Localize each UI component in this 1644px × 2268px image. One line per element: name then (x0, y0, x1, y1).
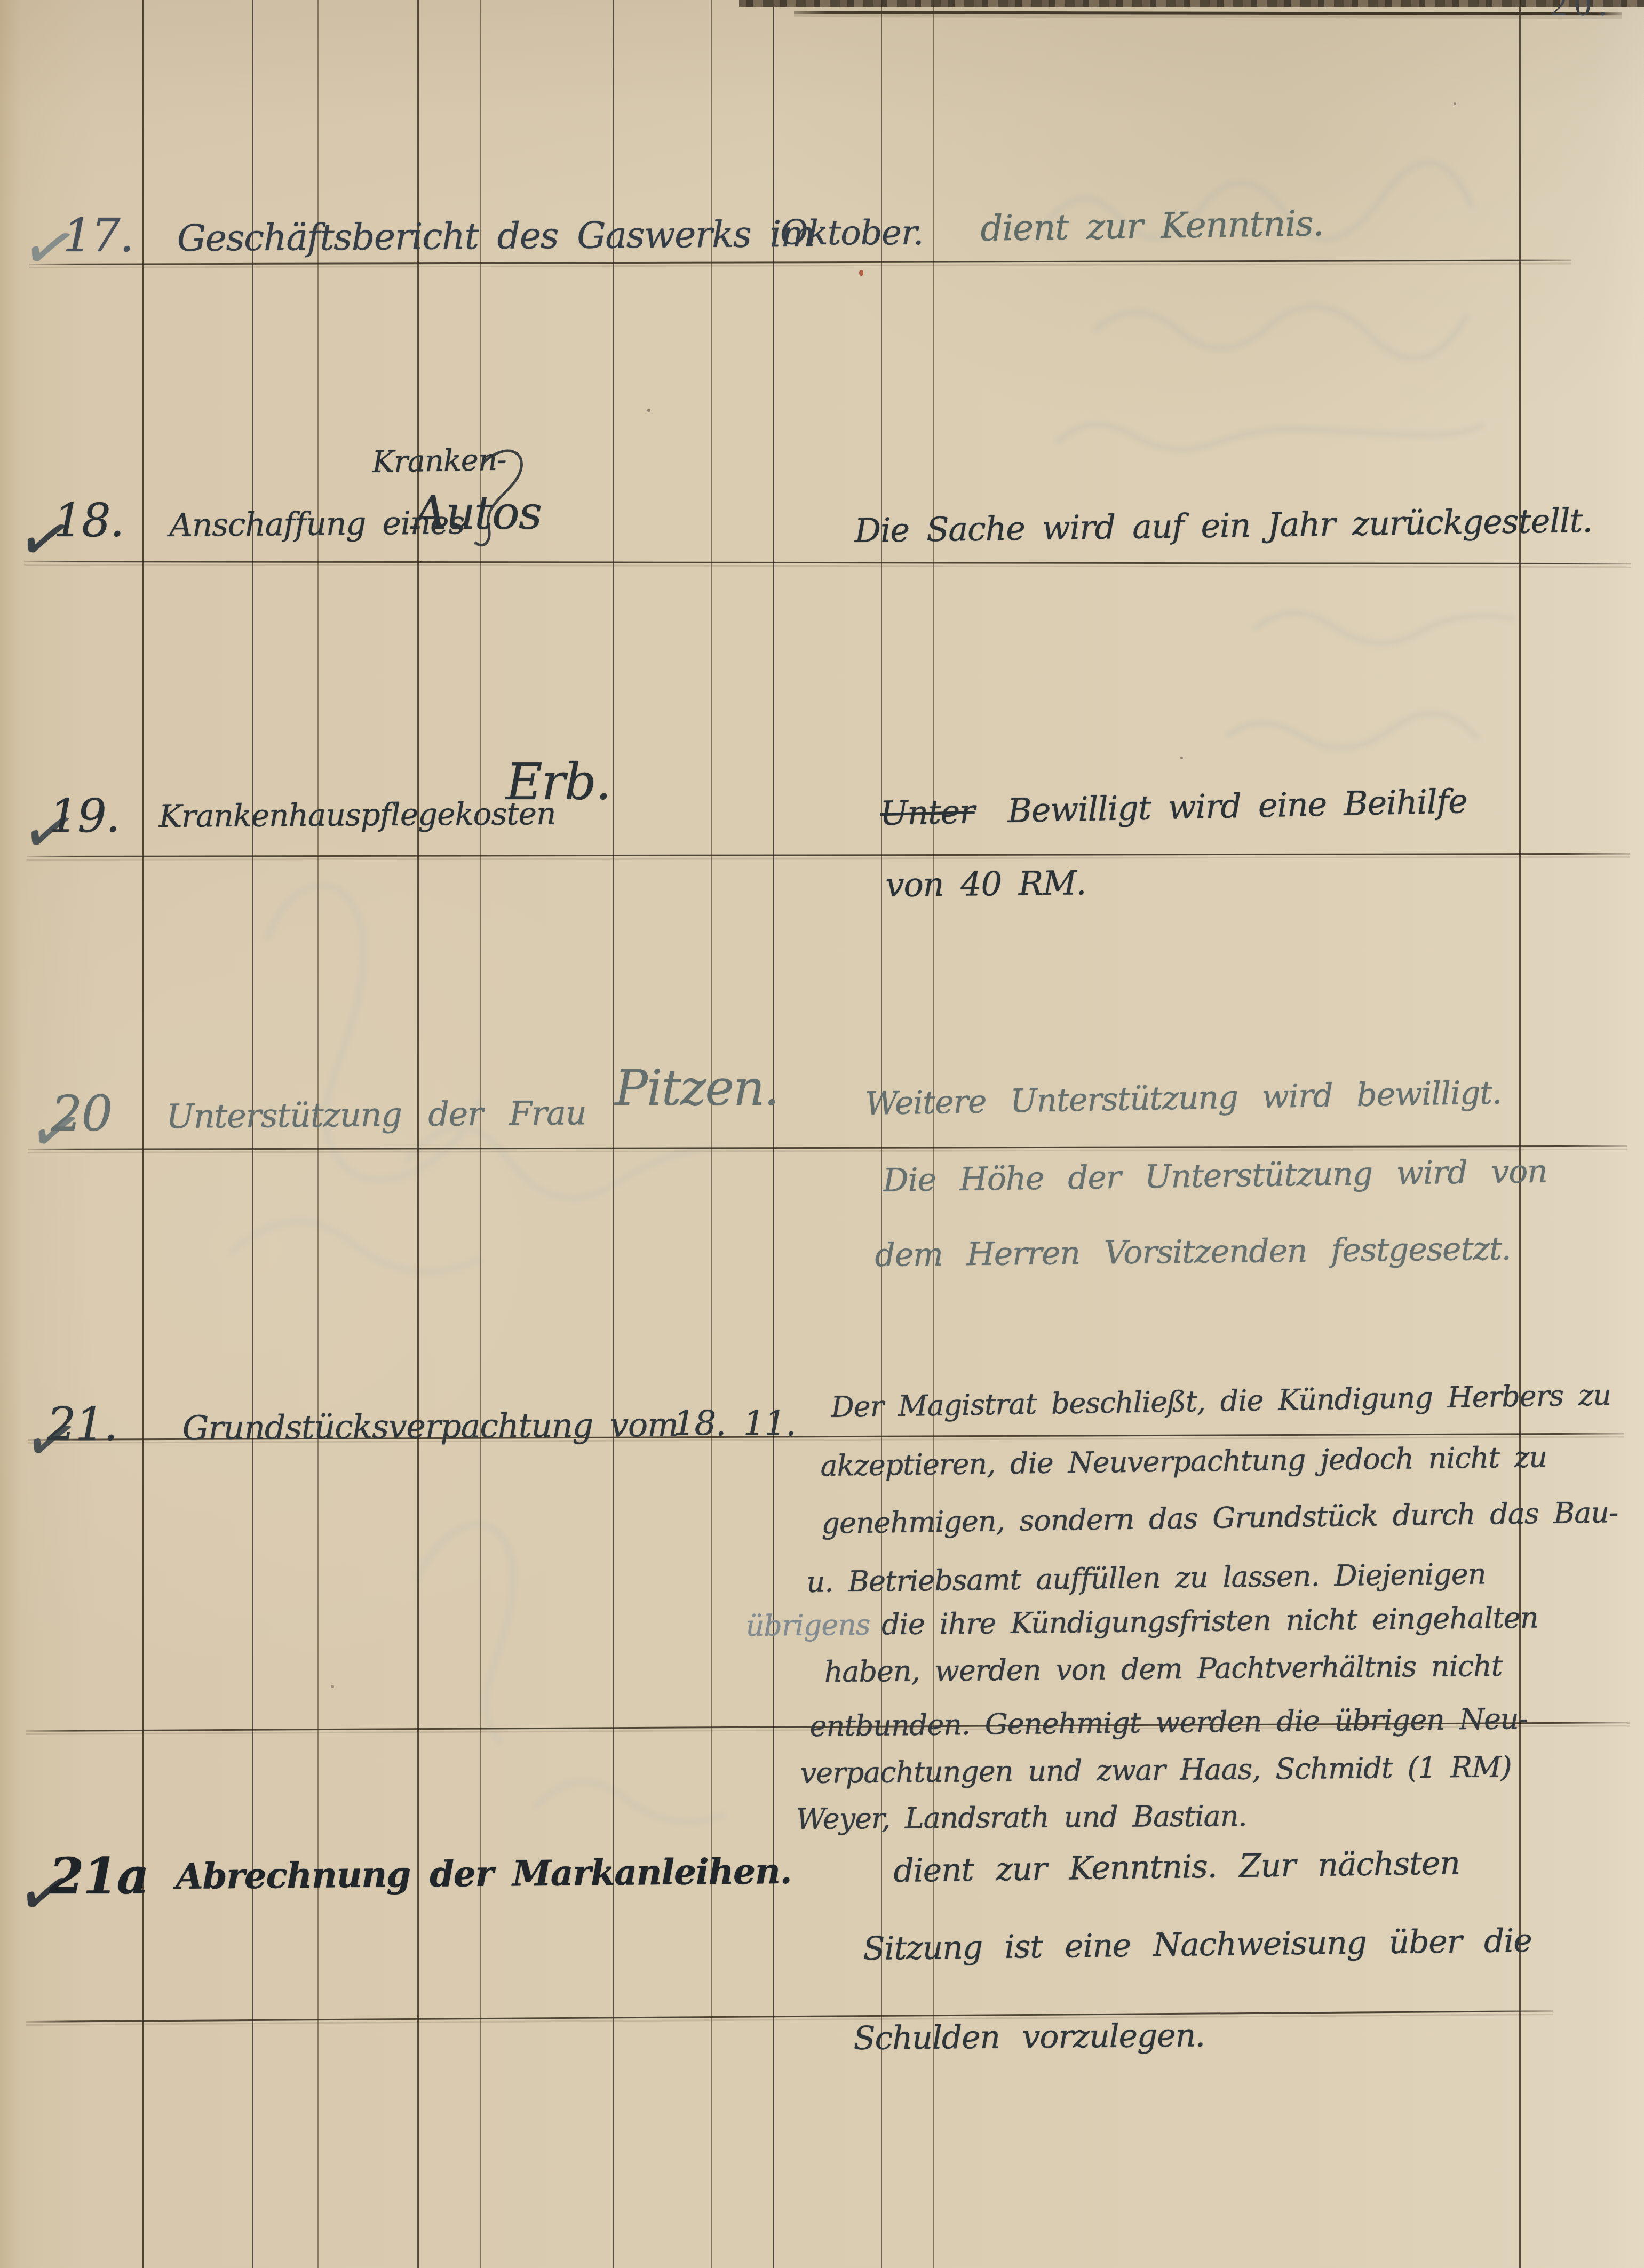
dust-speck (1454, 102, 1456, 105)
decision-line: dem Herren Vorsitzenden festgesetzt. (875, 1230, 1511, 1274)
entry-number: 21a (49, 1847, 148, 1906)
entry-subject-secondary: Autos (414, 487, 541, 540)
decision-text: die ihre Kündigungsfristen nicht eingeha… (881, 1601, 1538, 1641)
entry-subject-date: 18. 11. (673, 1404, 796, 1444)
decision-line: Weyer, Landsrath und Bastian. (796, 1799, 1247, 1836)
dust-speck (1180, 757, 1183, 759)
struck-word: Unter (879, 792, 975, 833)
decision-line: von 40 RM. (885, 863, 1086, 904)
decision-line: haben, werden von dem Pachtverhältnis ni… (824, 1649, 1502, 1689)
entry-number: 19. (49, 790, 120, 843)
decision-line: dient zur Kenntnis. Zur nächsten (893, 1844, 1460, 1890)
entry-number: 21. (47, 1398, 117, 1451)
ledger-page: 20. ✓ 17. Geschäftsbericht des Gaswerks … (0, 0, 1644, 2268)
margin-word: übrigens (745, 1608, 870, 1643)
dust-speck (647, 409, 650, 412)
decision-line: verpachtungen und zwar Haas, Schmidt (1 … (800, 1750, 1511, 1790)
entry-number: 20 (51, 1085, 112, 1142)
entry-subject: Abrechnung der Markanleihen. (176, 1850, 791, 1897)
dust-speck (331, 1685, 334, 1688)
entry-subject: Grundstücksverpachtung vom (182, 1405, 678, 1447)
entry-subject: Krankenhauspflegekosten (159, 795, 556, 834)
entry-subject-secondary: Pitzen. (615, 1060, 779, 1117)
entry-subject-secondary: Erb. (506, 753, 610, 811)
entry-subject: Unterstützung der Frau (166, 1093, 586, 1136)
decision-line: Schulden vorzulegen. (853, 2017, 1205, 2057)
entry-number: 18. (53, 494, 124, 547)
